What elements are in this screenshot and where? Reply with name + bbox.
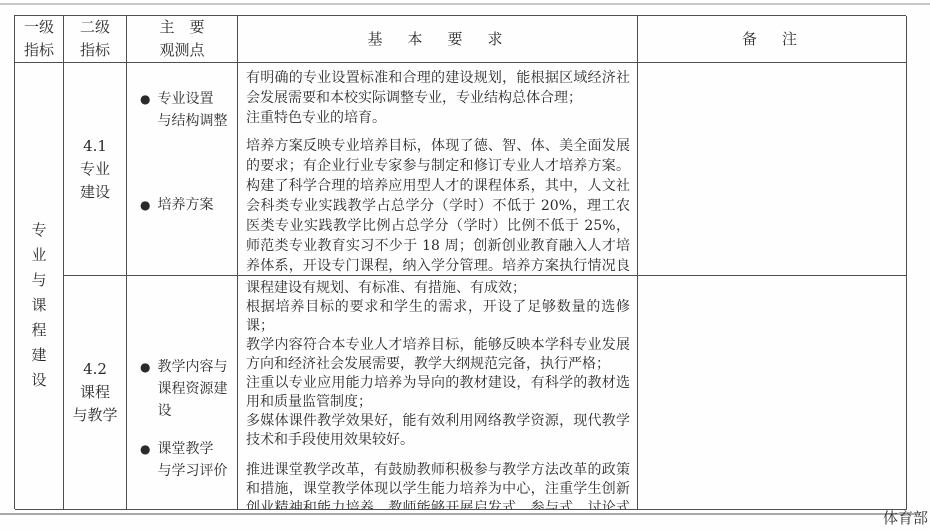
indicator-4-2-cell: 4.2 课程 与教学 — [64, 276, 127, 510]
bullet-icon: ● — [140, 88, 150, 110]
observation-point: ● 培养方案 — [140, 194, 213, 216]
observation-point: ● 专业设置 与结构调整 — [140, 88, 227, 132]
basic-requirements-4-1-cell: 有明确的专业设置标准和合理的建设规划，能根据区域经济社会发展需要和本校实际调整专… — [238, 63, 638, 276]
bullet-icon: ● — [140, 194, 150, 216]
observation-point: ● 课堂教学 与学习评价 — [140, 438, 227, 482]
observation-point-label: 培养方案 — [157, 194, 213, 216]
level1-indicator-cell: 专 业 与 课 程 建 设 — [15, 63, 64, 510]
requirement-paragraph: 培养方案反映专业培养目标，体现了德、智、体、美全面发展的要求；有企业行业专家参与… — [246, 136, 630, 276]
requirement-paragraph: 推进课堂教学改革，有鼓励教师积极参与教学方法改革的政策和措施，课堂教学体现以学生… — [246, 461, 630, 510]
level1-indicator-label: 专 业 与 课 程 建 设 — [31, 218, 46, 393]
indicator-4-1-cell: 4.1 专业 建设 — [64, 63, 127, 276]
basic-requirements-4-2-cell: 课程建设有规划、有标准、有措施、有成效； 根据培养目标的要求和学生的需求，开设了… — [238, 276, 638, 510]
requirement-paragraph: 课程建设有规划、有标准、有措施、有成效； 根据培养目标的要求和学生的需求，开设了… — [246, 279, 630, 450]
observation-point-label: 课堂教学 与学习评价 — [157, 438, 227, 482]
header-level2-indicator: 二级 指标 — [64, 16, 127, 63]
observation-points-4-2-cell: ● 教学内容与 课程资源建设 ● 课堂教学 与学习评价 — [127, 276, 238, 510]
footer-department-label: 体育部 — [883, 507, 928, 528]
header-level1-indicator: 一级 指标 — [15, 16, 64, 63]
requirement-paragraph: 有明确的专业设置标准和合理的建设规划，能根据区域经济社会发展需要和本校实际调整专… — [246, 68, 630, 128]
observation-points-4-1-cell: ● 专业设置 与结构调整 ● 培养方案 — [127, 63, 238, 276]
header-remarks: 备 注 — [638, 16, 907, 63]
bullet-icon: ● — [140, 438, 150, 460]
observation-point-label: 教学内容与 课程资源建设 — [157, 356, 237, 422]
observation-point-label: 专业设置 与结构调整 — [157, 88, 227, 132]
remarks-4-2-cell — [638, 276, 907, 510]
header-basic-requirements: 基 本 要 求 — [238, 16, 638, 63]
remarks-4-1-cell — [638, 63, 907, 276]
scanned-document-page: 一级 指标 二级 指标 主 要 观测点 基 本 要 求 备 注 专 业 与 课 … — [0, 0, 930, 531]
header-observation-points: 主 要 观测点 — [127, 16, 238, 63]
top-page-rule — [0, 3, 930, 5]
bullet-icon: ● — [140, 356, 150, 378]
bottom-page-rule — [0, 513, 920, 515]
observation-point: ● 教学内容与 课程资源建设 — [140, 356, 237, 422]
evaluation-criteria-table: 一级 指标 二级 指标 主 要 观测点 基 本 要 求 备 注 专 业 与 课 … — [14, 15, 906, 509]
